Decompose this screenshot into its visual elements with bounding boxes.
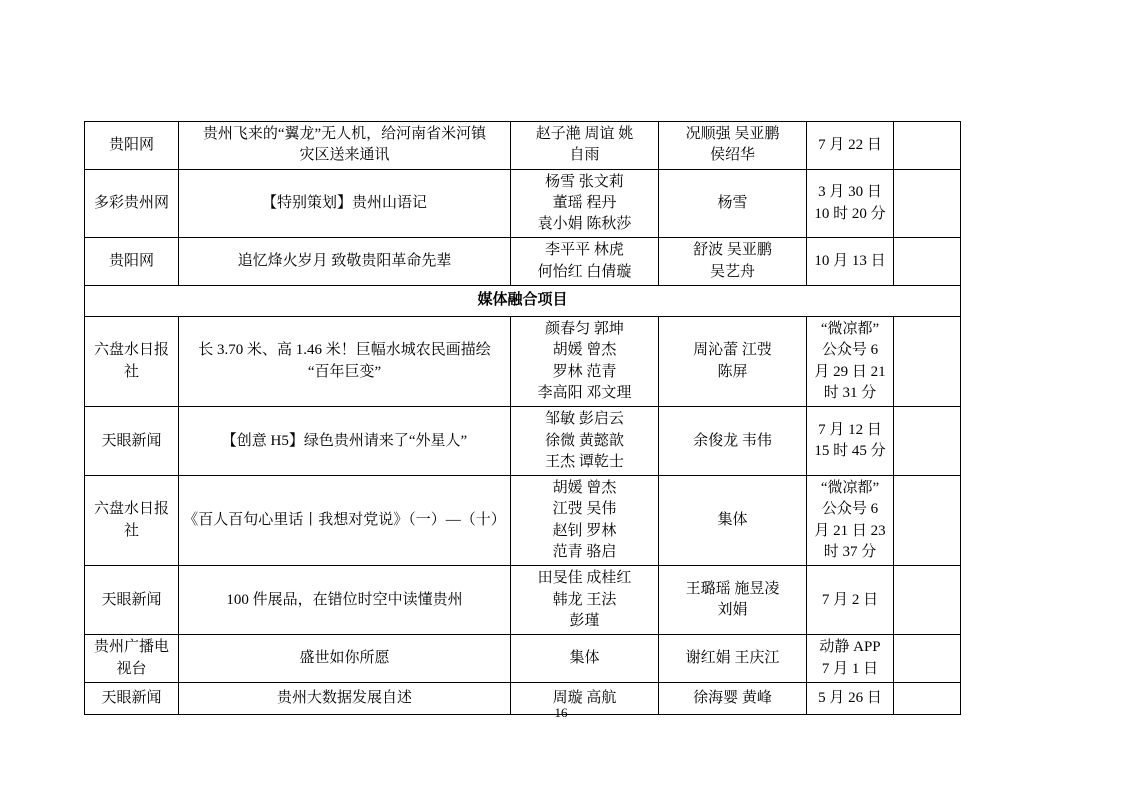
editors-cell: 王璐瑶 施昱凌 刘娟 (659, 566, 807, 635)
editors-cell: 舒波 吴亚鹏 吴艺舟 (659, 238, 807, 286)
outlet-cell: 贵阳网 (85, 238, 179, 286)
note-cell (894, 317, 961, 407)
authors-cell: 赵子滟 周谊 姚 自雨 (511, 122, 659, 170)
authors-cell: 李平平 林虎 何怡红 白倩璇 (511, 238, 659, 286)
editors-cell: 余俊龙 韦伟 (659, 407, 807, 476)
title-cell: 盛世如你所愿 (179, 635, 511, 683)
outlet-cell: 贵州广播电 视台 (85, 635, 179, 683)
authors-cell: 集体 (511, 635, 659, 683)
table-row: 贵州广播电 视台 盛世如你所愿 集体 谢红娟 王庆江 动静 APP 7 月 1 … (85, 635, 961, 683)
editors-cell: 集体 (659, 476, 807, 566)
note-cell (894, 635, 961, 683)
note-cell (894, 238, 961, 286)
authors-cell: 邹敏 彭启云 徐微 黄懿歆 王杰 谭乾士 (511, 407, 659, 476)
page-number: 16 (0, 705, 1122, 721)
note-cell (894, 407, 961, 476)
date-cell: 10 月 13 日 (807, 238, 894, 286)
title-cell: 100 件展品，在错位时空中读懂贵州 (179, 566, 511, 635)
outlet-cell: 贵阳网 (85, 122, 179, 170)
media-projects-table: 贵阳网 贵州飞来的“翼龙”无人机，给河南省米河镇 灾区送来通讯 赵子滟 周谊 姚… (84, 121, 961, 715)
title-cell: 【创意 H5】绿色贵州请来了“外星人” (179, 407, 511, 476)
note-cell (894, 476, 961, 566)
editors-cell: 杨雪 (659, 169, 807, 238)
authors-cell: 颜春匀 郭坤 胡媛 曾杰 罗林 范青 李高阳 邓文理 (511, 317, 659, 407)
table-row: 贵阳网 追忆烽火岁月 致敬贵阳革命先辈 李平平 林虎 何怡红 白倩璇 舒波 吴亚… (85, 238, 961, 286)
table-row: 天眼新闻 【创意 H5】绿色贵州请来了“外星人” 邹敏 彭启云 徐微 黄懿歆 王… (85, 407, 961, 476)
note-cell (894, 169, 961, 238)
editors-cell: 谢红娟 王庆江 (659, 635, 807, 683)
date-cell: 7 月 22 日 (807, 122, 894, 170)
title-cell: 【特别策划】贵州山语记 (179, 169, 511, 238)
date-cell: “微凉都” 公众号 6 月 21 日 23 时 37 分 (807, 476, 894, 566)
authors-cell: 杨雪 张文莉 董瑶 程丹 袁小娟 陈秋莎 (511, 169, 659, 238)
title-cell: 长 3.70 米、高 1.46 米！巨幅水城农民画描绘 “百年巨变” (179, 317, 511, 407)
table-row: 多彩贵州网 【特别策划】贵州山语记 杨雪 张文莉 董瑶 程丹 袁小娟 陈秋莎 杨… (85, 169, 961, 238)
authors-cell: 田旻佳 成桂红 韩龙 王法 彭瑾 (511, 566, 659, 635)
editors-cell: 况顺强 吴亚鹏 侯绍华 (659, 122, 807, 170)
document-page: 贵阳网 贵州飞来的“翼龙”无人机，给河南省米河镇 灾区送来通讯 赵子滟 周谊 姚… (0, 0, 1122, 793)
editors-cell: 周沁蕾 江弢 陈屏 (659, 317, 807, 407)
outlet-cell: 六盘水日报 社 (85, 317, 179, 407)
outlet-cell: 六盘水日报 社 (85, 476, 179, 566)
section-header-label: 媒体融合项目 (85, 286, 961, 317)
outlet-cell: 天眼新闻 (85, 566, 179, 635)
authors-cell: 胡媛 曾杰 江弢 吴伟 赵钊 罗林 范青 骆启 (511, 476, 659, 566)
table-row: 六盘水日报 社 长 3.70 米、高 1.46 米！巨幅水城农民画描绘 “百年巨… (85, 317, 961, 407)
section-header-row: 媒体融合项目 (85, 286, 961, 317)
title-cell: 《百人百句心里话丨我想对党说》（一）—（十） (179, 476, 511, 566)
table-row: 六盘水日报 社 《百人百句心里话丨我想对党说》（一）—（十） 胡媛 曾杰 江弢 … (85, 476, 961, 566)
outlet-cell: 多彩贵州网 (85, 169, 179, 238)
date-cell: “微凉都” 公众号 6 月 29 日 21 时 31 分 (807, 317, 894, 407)
date-cell: 7 月 12 日 15 时 45 分 (807, 407, 894, 476)
note-cell (894, 122, 961, 170)
date-cell: 动静 APP 7 月 1 日 (807, 635, 894, 683)
outlet-cell: 天眼新闻 (85, 407, 179, 476)
date-cell: 3 月 30 日 10 时 20 分 (807, 169, 894, 238)
note-cell (894, 566, 961, 635)
title-cell: 贵州飞来的“翼龙”无人机，给河南省米河镇 灾区送来通讯 (179, 122, 511, 170)
table-row: 贵阳网 贵州飞来的“翼龙”无人机，给河南省米河镇 灾区送来通讯 赵子滟 周谊 姚… (85, 122, 961, 170)
title-cell: 追忆烽火岁月 致敬贵阳革命先辈 (179, 238, 511, 286)
table-row: 天眼新闻 100 件展品，在错位时空中读懂贵州 田旻佳 成桂红 韩龙 王法 彭瑾… (85, 566, 961, 635)
date-cell: 7 月 2 日 (807, 566, 894, 635)
